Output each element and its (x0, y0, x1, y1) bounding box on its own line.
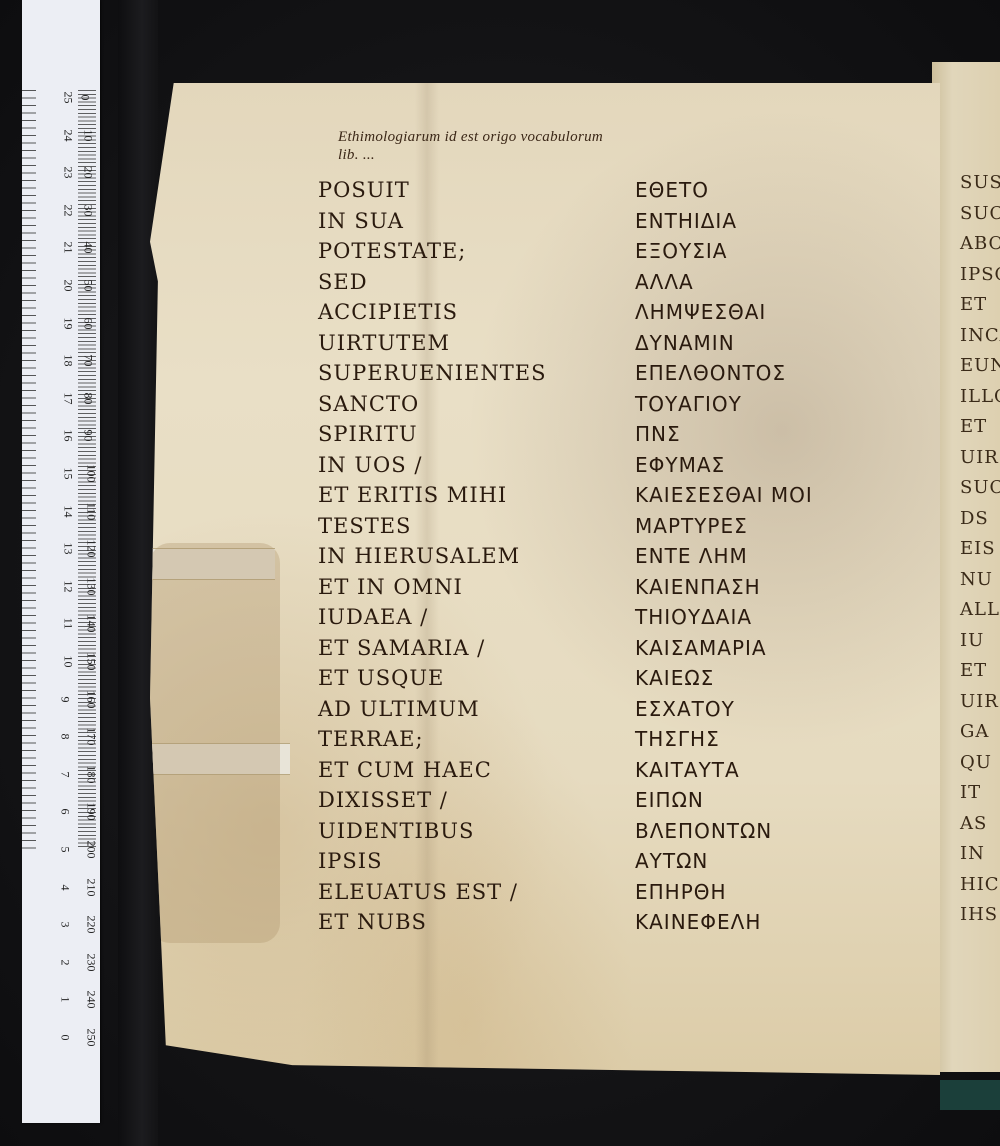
greek-line: ΕΝΤΕ ΛΗΜ (635, 541, 813, 572)
greek-line: ΕΣΧΑΤΟΥ (635, 694, 813, 725)
water-stain (150, 543, 280, 943)
latin-line: iudaea / (318, 602, 546, 633)
ruler-mm-label: 250 (84, 1029, 99, 1047)
facing-page-fragment: IU (960, 630, 984, 651)
latin-line: et in omni (318, 572, 546, 603)
ruler-mm-label: 70 (81, 355, 96, 367)
greek-line: ΜΑΡΤΥΡΕΣ (635, 511, 813, 542)
ruler-cm-label: 12 (61, 580, 76, 592)
measuring-ruler: 2524232221201918171615141312111098765432… (22, 0, 100, 1123)
binding-teal-bottom (940, 1080, 1000, 1110)
ruler-mm-label: 0 (78, 95, 93, 101)
ruler-mm-label: 20 (81, 167, 96, 179)
ruler-cm-label: 6 (58, 809, 73, 815)
greek-line: ΛΗΜΨΕΣΘΑΙ (635, 297, 813, 328)
greek-line: ΚΑΙΝΕΦΕΛΗ (635, 907, 813, 938)
ruler-cm-label: 5 (58, 847, 73, 853)
greek-column: ΕΘΕΤΟΕΝΤΗΙΔΙΑΕΞΟΥΣΙΑΑΛΛΑΛΗΜΨΕΣΘΑΙΔΥΝΑΜΙΝ… (635, 175, 813, 938)
ruler-cm-label: 17 (61, 392, 76, 404)
greek-line: ΠΝΣ (635, 419, 813, 450)
ruler-mm-label: 40 (81, 242, 96, 254)
facing-page-fragment: ET (960, 294, 987, 315)
ruler-cm-label: 7 (58, 771, 73, 777)
ruler-cm-label: 20 (61, 280, 76, 292)
latin-line: eleuatus est / (318, 877, 546, 908)
heading-line-2: lib. ... (338, 146, 603, 164)
facing-page-fragment: EUN (960, 355, 1000, 376)
greek-line: ΚΑΙΕΝΠΑΣΗ (635, 572, 813, 603)
greek-line: ΕΙΠΩΝ (635, 785, 813, 816)
ruler-mm-label: 240 (84, 991, 99, 1009)
ruler-mm-label: 230 (84, 953, 99, 971)
ruler-mm-label: 170 (84, 728, 99, 746)
latin-line: in sua (318, 206, 546, 237)
latin-line: et nubs (318, 907, 546, 938)
greek-line: ΚΑΙΤΑΥΤΑ (635, 755, 813, 786)
facing-page-fragment: AS (960, 813, 987, 834)
greek-line: ΑΛΛΑ (635, 267, 813, 298)
facing-page-fragment: IPSO (960, 264, 1000, 285)
greek-line: ΚΑΙΣΑΜΑΡΙΑ (635, 633, 813, 664)
facing-page-fragment: QU (960, 752, 992, 773)
greek-line: ΚΑΙΕΩΣ (635, 663, 813, 694)
ruler-cm-label: 3 (58, 922, 73, 928)
facing-page-fragment: INCA (960, 325, 1000, 346)
ruler-cm-label: 8 (58, 734, 73, 740)
ruler-cm-label: 18 (61, 355, 76, 367)
greek-line: ΤΗΣΓΗΣ (635, 724, 813, 755)
ruler-mm-label: 210 (84, 878, 99, 896)
facing-page-fragment: SUC (960, 477, 1000, 498)
ruler-mm-label: 80 (81, 392, 96, 404)
ruler-mm-label: 200 (84, 841, 99, 859)
heading-line-1: Ethimologiarum id est origo vocabulorum (338, 128, 603, 146)
latin-column: posuitin suapotestate;sedaccipietisuirtu… (318, 175, 546, 938)
ruler-mm-label: 180 (84, 765, 99, 783)
greek-line: ΕΘΕΤΟ (635, 175, 813, 206)
facing-page-fragment: SUSC (960, 172, 1000, 193)
ruler-cm-label: 11 (60, 618, 75, 630)
latin-line: dixisset / (318, 785, 546, 816)
latin-line: et usque (318, 663, 546, 694)
ruler-cm-label: 1 (58, 997, 73, 1003)
ruler-mm-label: 60 (81, 317, 96, 329)
greek-line: ΕΦΥΜΑΣ (635, 450, 813, 481)
facing-page-fragment: IHS (960, 904, 998, 925)
greek-line: ΔΥΝΑΜΙΝ (635, 328, 813, 359)
latin-line: in hierusalem (318, 541, 546, 572)
ruler-cm-label: 15 (61, 468, 76, 480)
ruler-mm-label: 90 (81, 430, 96, 442)
facing-page-edge: SUSCSUCCABOIPSOETINCAEUNILLOETUIRSUCDSEI… (932, 62, 1000, 1072)
greek-line: ΕΠΗΡΘΗ (635, 877, 813, 908)
ruler-mm-label: 120 (84, 540, 99, 558)
latin-line: et eritis mihi (318, 480, 546, 511)
facing-page-fragment: UIR (960, 447, 999, 468)
facing-page-fragment: ILLO (960, 386, 1000, 407)
ruler-cm-label: 4 (58, 884, 73, 890)
latin-line: ipsis (318, 846, 546, 877)
latin-line: accipietis (318, 297, 546, 328)
latin-line: uidentibus (318, 816, 546, 847)
ruler-mm-label: 100 (84, 465, 99, 483)
latin-line: uirtutem (318, 328, 546, 359)
greek-line: ΤΟΥΑΓΙΟΥ (635, 389, 813, 420)
greek-line: ΕΞΟΥΣΙΑ (635, 236, 813, 267)
latin-line: sed (318, 267, 546, 298)
greek-line: ΑΥΤΩΝ (635, 846, 813, 877)
ruler-mm-label: 10 (81, 129, 96, 141)
ruler-mm-label: 140 (84, 615, 99, 633)
ruler-cm-label: 24 (61, 129, 76, 141)
latin-line: superuenientes (318, 358, 546, 389)
ruler-cm-label: 16 (61, 430, 76, 442)
cloth-fold (118, 0, 158, 1146)
latin-line: sancto (318, 389, 546, 420)
ruler-cm-label: 0 (58, 1035, 73, 1041)
facing-page-fragment: DS (960, 508, 989, 529)
latin-line: potestate; (318, 236, 546, 267)
facing-page-fragment: GA (960, 721, 989, 742)
facing-page-fragment: IT (960, 782, 981, 803)
latin-line: ad ultimum (318, 694, 546, 725)
ruler-cm-label: 10 (61, 656, 76, 668)
latin-line: et cum haec (318, 755, 546, 786)
running-heading: Ethimologiarum id est origo vocabulorum … (338, 128, 603, 164)
ruler-mm-label: 160 (84, 690, 99, 708)
latin-line: testes (318, 511, 546, 542)
facing-page-fragment: IN (960, 843, 985, 864)
ruler-cm-label: 25 (61, 92, 76, 104)
ruler-mm-label: 110 (83, 502, 98, 520)
greek-line: ΚΑΙΕΣΕΣΘΑΙ ΜΟΙ (635, 480, 813, 511)
latin-line: in uos / (318, 450, 546, 481)
ruler-mm-label: 30 (81, 204, 96, 216)
facing-page-fragment: ET (960, 660, 987, 681)
ruler-cm-label: 2 (58, 959, 73, 965)
ruler-cm-label: 19 (61, 317, 76, 329)
facing-page-fragment: HIC (960, 874, 1000, 895)
ruler-mm-label: 50 (81, 280, 96, 292)
ruler-cm-label: 21 (61, 242, 76, 254)
facing-page-fragment: SUCC (960, 203, 1000, 224)
ruler-mm-label: 190 (84, 803, 99, 821)
ruler-mm-label: 150 (84, 653, 99, 671)
greek-line: ΒΛΕΠΟΝΤΩΝ (635, 816, 813, 847)
latin-line: terrae; (318, 724, 546, 755)
greek-line: ΤΗΙΟΥΔΑΙΑ (635, 602, 813, 633)
greek-line: ΕΝΤΗΙΔΙΑ (635, 206, 813, 237)
ruler-cm-label: 9 (58, 696, 73, 702)
greek-line: ΕΠΕΛΘΟΝΤΟΣ (635, 358, 813, 389)
ruler-cm-label: 13 (61, 543, 76, 555)
ruler-cm-label: 22 (61, 204, 76, 216)
facing-page-fragment: UIR (960, 691, 999, 712)
ruler-mm-label: 130 (84, 577, 99, 595)
ruler-cm-label: 23 (61, 167, 76, 179)
facing-page-fragment: ABO (960, 233, 1000, 254)
facing-page-fragment: ALL (960, 599, 1000, 620)
latin-line: et samaria / (318, 633, 546, 664)
latin-line: spiritu (318, 419, 546, 450)
facing-page-fragment: EIS (960, 538, 996, 559)
ruler-mm-label: 220 (84, 916, 99, 934)
facing-page-fragment: ET (960, 416, 987, 437)
manuscript-leaf: Ethimologiarum id est origo vocabulorum … (150, 83, 940, 1075)
latin-line: posuit (318, 175, 546, 206)
facing-page-fragment: NU (960, 569, 993, 590)
ruler-cm-label: 14 (61, 505, 76, 517)
ruler-cm-ticks (22, 90, 36, 850)
